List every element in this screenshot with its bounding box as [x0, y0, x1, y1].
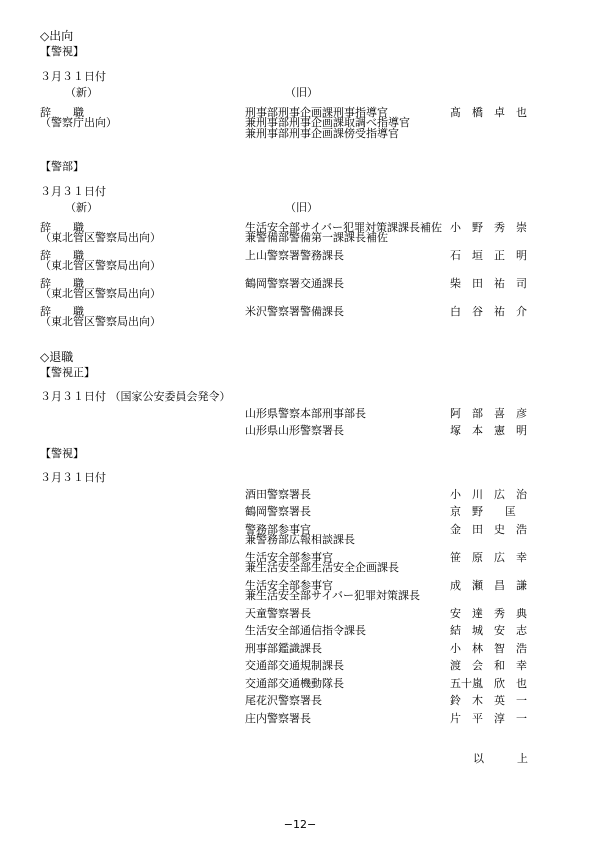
closing-ijou: 以 上: [473, 754, 570, 765]
date-line: ３月３１日付: [40, 187, 570, 198]
new-position: 辞 職 （東北管区警察局出向）: [40, 279, 245, 300]
personnel-entry: 生活安全部参事官 兼生活安全部サイバー犯罪対策課長 成 瀬 昌 謙: [40, 581, 570, 602]
position-line: 兼刑事部刑事企画課傍受指導官: [245, 129, 450, 140]
column-header-old: （旧）: [245, 88, 318, 99]
document-content: ◇出向 【警視】 ３月３１日付 （新） （旧） 辞 職 （警察庁出向） 刑事部刑…: [0, 0, 600, 765]
old-position: 庄内警察署長: [245, 714, 450, 725]
subsection-keishi: 【警視】 ３月３１日付 （新） （旧） 辞 職 （警察庁出向） 刑事部刑事企画課…: [40, 47, 570, 139]
column-headers: （新） （旧）: [40, 203, 570, 214]
document-page: ◇出向 【警視】 ３月３１日付 （新） （旧） 辞 職 （警察庁出向） 刑事部刑…: [0, 0, 600, 853]
new-position: 辞 職 （東北管区警察局出向）: [40, 307, 245, 328]
new-position: 辞 職 （東北管区警察局出向）: [40, 223, 245, 244]
old-position: 警務部参事官 兼警務部広報相談課長: [245, 525, 450, 546]
person-name: 鈴 木 英 一: [450, 696, 550, 707]
person-name: 結 城 安 志: [450, 626, 550, 637]
old-position: 交通部交通規制課長: [245, 661, 450, 672]
personnel-entry: 酒田警察署長 小 川 広 治: [40, 490, 570, 501]
old-position: 天童警察署長: [245, 609, 450, 620]
column-headers: （新） （旧）: [40, 88, 570, 99]
personnel-entry: 辞 職 （警察庁出向） 刑事部刑事企画課刑事指導官 兼刑事部刑事企画課取調べ指導…: [40, 108, 570, 140]
personnel-entry: 辞 職 （東北管区警察局出向） 鶴岡警察署交通課長 柴 田 祐 司: [40, 279, 570, 300]
personnel-entry: 鶴岡警察署長 京 野 匡: [40, 507, 570, 518]
position-line: （警察庁出向）: [40, 118, 245, 129]
position-line: 山形県山形警察署長: [245, 426, 450, 437]
position-line: 兼警備部警備第一課課長補佐: [245, 233, 450, 244]
position-line: 交通部交通規制課長: [245, 661, 450, 672]
section-taishoku: ◇退職 【警視正】 ３月３１日付 （国家公安委員会発令） 山形県警察本部刑事部長…: [40, 351, 570, 725]
position-line: （東北管区警察局出向）: [40, 317, 245, 328]
personnel-entry: 庄内警察署長 片 平 淳 一: [40, 714, 570, 725]
column-header-old: （旧）: [245, 203, 318, 214]
old-position: 刑事部刑事企画課刑事指導官 兼刑事部刑事企画課取調べ指導官 兼刑事部刑事企画課傍…: [245, 108, 450, 140]
personnel-entry: 辞 職 （東北管区警察局出向） 上山警察署警務課長 石 垣 正 明: [40, 251, 570, 272]
personnel-entry: 交通部交通規制課長 渡 会 和 幸: [40, 661, 570, 672]
position-line: 生活安全部通信指令課長: [245, 626, 450, 637]
old-position: 上山警察署警務課長: [245, 251, 450, 262]
person-name: 笹 原 広 幸: [450, 553, 550, 564]
rank-heading: 【警視正】: [40, 368, 570, 379]
subsection-keishi-2: 【警視】 ３月３１日付 酒田警察署長 小 川 広 治 鶴岡警察署長 京 野 匡: [40, 449, 570, 725]
page-number: −12−: [0, 820, 600, 831]
personnel-entry: 山形県山形警察署長 塚 本 憲 明: [40, 426, 570, 437]
section-heading: ◇退職: [40, 351, 570, 363]
old-position: 尾花沢警察署長: [245, 696, 450, 707]
position-line: （東北管区警察局出向）: [40, 233, 245, 244]
personnel-entry: 辞 職 （東北管区警察局出向） 生活安全部サイバー犯罪対策課課長補佐 兼警備部警…: [40, 223, 570, 244]
personnel-entry: 天童警察署長 安 達 秀 典: [40, 609, 570, 620]
position-line: 米沢警察署警備課長: [245, 307, 450, 318]
old-position: 刑事部鑑識課長: [245, 644, 450, 655]
old-position: 生活安全部参事官 兼生活安全部生活安全企画課長: [245, 553, 450, 574]
person-name: 金 田 史 浩: [450, 525, 550, 536]
person-name: 阿 部 喜 彦: [450, 409, 550, 420]
person-name: 塚 本 憲 明: [450, 426, 550, 437]
person-name: 京 野 匡: [450, 507, 550, 518]
section-shukko: ◇出向 【警視】 ３月３１日付 （新） （旧） 辞 職 （警察庁出向） 刑事部刑…: [40, 30, 570, 328]
personnel-entry: 刑事部鑑識課長 小 林 智 浩: [40, 644, 570, 655]
new-position: 辞 職 （東北管区警察局出向）: [40, 251, 245, 272]
rank-heading: 【警視】: [40, 449, 570, 460]
old-position: 鶴岡警察署長: [245, 507, 450, 518]
subsection-keishisei: 【警視正】 ３月３１日付 （国家公安委員会発令） 山形県警察本部刑事部長 阿 部…: [40, 368, 570, 437]
position-line: 庄内警察署長: [245, 714, 450, 725]
position-line: 兼警務部広報相談課長: [245, 535, 450, 546]
position-line: 鶴岡警察署交通課長: [245, 279, 450, 290]
position-line: 鶴岡警察署長: [245, 507, 450, 518]
column-header-new: （新）: [40, 203, 245, 214]
person-name: 渡 会 和 幸: [450, 661, 550, 672]
old-position: 鶴岡警察署交通課長: [245, 279, 450, 290]
personnel-entry: 生活安全部参事官 兼生活安全部生活安全企画課長 笹 原 広 幸: [40, 553, 570, 574]
section-heading: ◇出向: [40, 30, 570, 42]
old-position: 交通部交通機動隊長: [245, 679, 450, 690]
old-position: 山形県警察本部刑事部長: [245, 409, 450, 420]
person-name: 白 谷 祐 介: [450, 307, 550, 318]
personnel-entry: 山形県警察本部刑事部長 阿 部 喜 彦: [40, 409, 570, 420]
old-position: 酒田警察署長: [245, 490, 450, 501]
position-line: 酒田警察署長: [245, 490, 450, 501]
position-line: 兼生活安全部サイバー犯罪対策課長: [245, 591, 450, 602]
position-line: 上山警察署警務課長: [245, 251, 450, 262]
person-name: 柴 田 祐 司: [450, 279, 550, 290]
old-position: 米沢警察署警備課長: [245, 307, 450, 318]
old-position: 生活安全部参事官 兼生活安全部サイバー犯罪対策課長: [245, 581, 450, 602]
position-line: 刑事部鑑識課長: [245, 644, 450, 655]
person-name: 五十嵐 欣 也: [450, 679, 550, 690]
date-line: ３月３１日付: [40, 473, 570, 484]
rank-heading: 【警視】: [40, 47, 570, 58]
person-name: 安 達 秀 典: [450, 609, 550, 620]
old-position: 山形県山形警察署長: [245, 426, 450, 437]
subsection-keibu: 【警部】 ３月３１日付 （新） （旧） 辞 職 （東北管区警察局出向） 生活安全…: [40, 162, 570, 328]
personnel-entry: 生活安全部通信指令課長 結 城 安 志: [40, 626, 570, 637]
position-line: 天童警察署長: [245, 609, 450, 620]
person-name: 成 瀬 昌 謙: [450, 581, 550, 592]
position-line: 尾花沢警察署長: [245, 696, 450, 707]
person-name: 髙 橋 卓 也: [450, 108, 550, 119]
person-name: 小 川 広 治: [450, 490, 550, 501]
date-line: ３月３１日付: [40, 72, 570, 83]
personnel-entry: 交通部交通機動隊長 五十嵐 欣 也: [40, 679, 570, 690]
position-line: （東北管区警察局出向）: [40, 261, 245, 272]
new-position: 辞 職 （警察庁出向）: [40, 108, 245, 129]
person-name: 小 林 智 浩: [450, 644, 550, 655]
date-line: ３月３１日付 （国家公安委員会発令）: [40, 392, 570, 403]
person-name: 石 垣 正 明: [450, 251, 550, 262]
old-position: 生活安全部通信指令課長: [245, 626, 450, 637]
position-line: （東北管区警察局出向）: [40, 289, 245, 300]
position-line: 山形県警察本部刑事部長: [245, 409, 450, 420]
person-name: 小 野 秀 崇: [450, 223, 550, 234]
column-header-new: （新）: [40, 88, 245, 99]
rank-heading: 【警部】: [40, 162, 570, 173]
position-line: 交通部交通機動隊長: [245, 679, 450, 690]
old-position: 生活安全部サイバー犯罪対策課課長補佐 兼警備部警備第一課課長補佐: [245, 223, 450, 244]
personnel-entry: 辞 職 （東北管区警察局出向） 米沢警察署警備課長 白 谷 祐 介: [40, 307, 570, 328]
position-line: 兼生活安全部生活安全企画課長: [245, 563, 450, 574]
person-name: 片 平 淳 一: [450, 714, 550, 725]
personnel-entry: 尾花沢警察署長 鈴 木 英 一: [40, 696, 570, 707]
personnel-entry: 警務部参事官 兼警務部広報相談課長 金 田 史 浩: [40, 525, 570, 546]
